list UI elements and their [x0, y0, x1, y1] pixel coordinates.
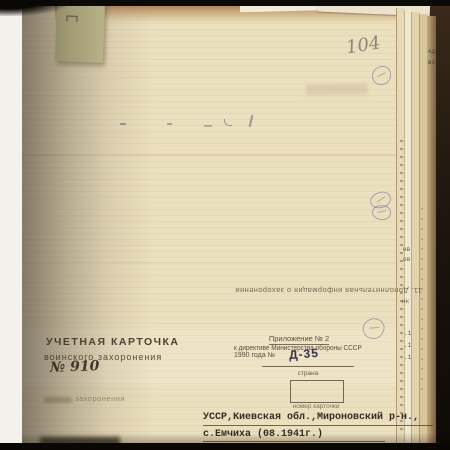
faded-word-smudge — [44, 397, 72, 403]
location-underline — [203, 441, 385, 442]
ink-dash-mark — [204, 125, 212, 127]
country-write-line — [262, 366, 354, 367]
tab-clip-mark — [66, 16, 77, 22]
archival-ink-mark — [372, 66, 391, 85]
scanned-archive-page: ед вс нв ов нк .1 .1 .1 104 11. Дополнит… — [0, 0, 450, 450]
edge-text-fragment: ов — [403, 257, 410, 263]
ink-squiggle-mark — [224, 119, 232, 126]
annex-heading-text: Приложение № 2 — [269, 334, 329, 345]
edge-text-fragment: ед — [428, 49, 435, 55]
edge-text-fragment: .1 — [404, 355, 411, 361]
scan-bottom-border — [0, 443, 450, 450]
upside-down-typed-line: 11. Дополнительная информация о захороне… — [196, 284, 422, 295]
edge-text-fragment: .1 — [404, 343, 411, 349]
ink-dash-mark — [120, 123, 126, 125]
paper-crease — [22, 154, 396, 156]
edge-text-fragment: нк — [402, 299, 409, 305]
faded-stamp-smudge — [306, 84, 368, 96]
top-left-dark-corner — [0, 0, 70, 16]
edge-text-fragment: вс — [428, 60, 435, 66]
handwritten-card-number: № 910 — [50, 358, 100, 376]
edge-text-bleed — [421, 200, 423, 390]
ink-dash-mark — [167, 123, 172, 125]
annex-heading: Приложение № 2 — [234, 334, 364, 343]
location-line-1: УССР,Киевская обл.,Мироновский р-н., — [203, 412, 419, 423]
faint-form-label: захоронения — [75, 394, 125, 403]
page-stack-edge — [427, 16, 436, 444]
left-margin-strip — [0, 3, 23, 445]
card-number-box — [290, 380, 344, 403]
paper-crease — [22, 262, 396, 263]
card-title: УЧЕТНАЯ КАРТОЧКА — [46, 336, 180, 348]
location-underline — [203, 425, 433, 426]
annex-year-line: 1990 года № — [234, 352, 275, 359]
edge-text-fragment: .1 — [404, 331, 411, 337]
country-label: страна — [262, 370, 354, 377]
location-line-2: с.Емчиха (08.1941г.) — [203, 429, 323, 440]
card-number-label: номер карточки — [254, 403, 378, 410]
edge-text-fragment: нв — [403, 247, 410, 253]
directive-number-stamp: Д-35 — [289, 346, 320, 362]
